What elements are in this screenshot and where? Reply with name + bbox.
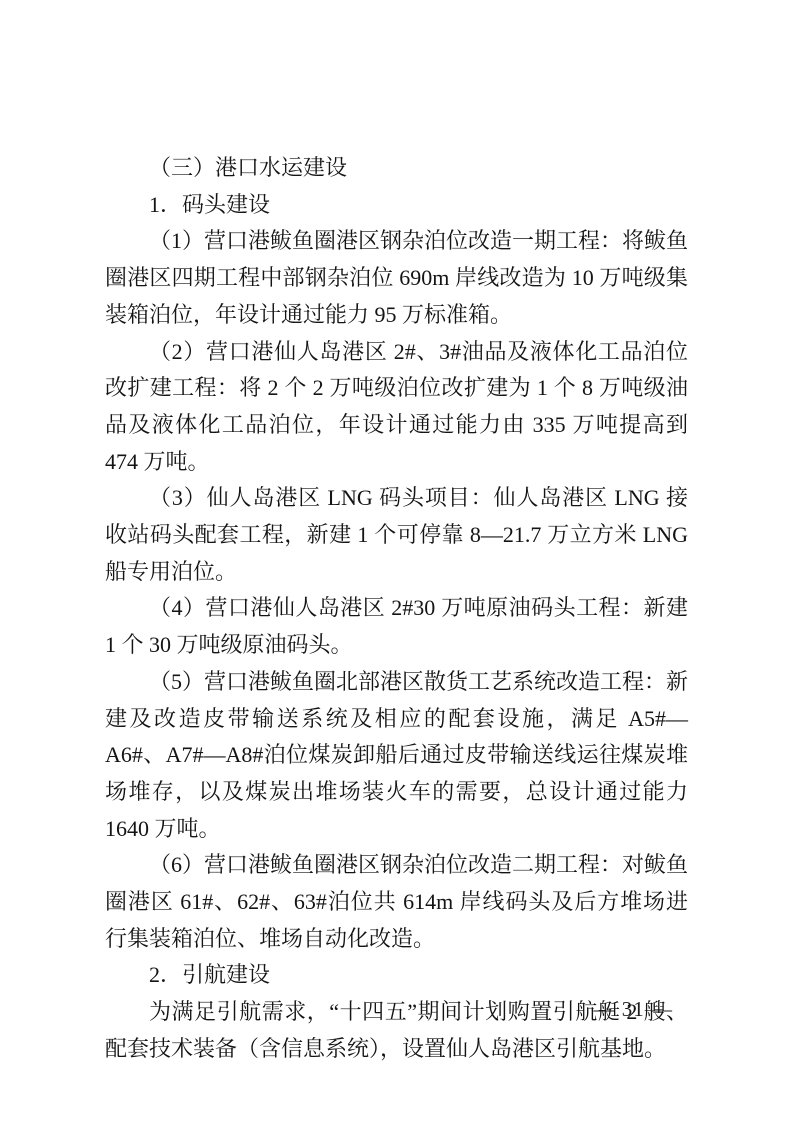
- paragraph-wharf-item-4: （4）营口港仙人岛港区 2#30 万吨原油码头工程：新建 1 个 30 万吨级原…: [105, 590, 688, 663]
- page-number: — 31 —: [594, 995, 674, 1023]
- paragraph-wharf-item-1: （1）营口港鲅鱼圈港区钢杂泊位改造一期工程：将鲅鱼圈港区四期工程中部钢杂泊位 6…: [105, 223, 688, 333]
- paragraph-wharf-item-3: （3）仙人岛港区 LNG 码头项目：仙人岛港区 LNG 接收站码头配套工程，新建…: [105, 480, 688, 590]
- subsection-heading-pilotage-construction: 2．引航建设: [105, 957, 688, 994]
- paragraph-wharf-item-6: （6）营口港鲅鱼圈港区钢杂泊位改造二期工程：对鲅鱼圈港区 61#、62#、63#…: [105, 847, 688, 957]
- subsection-heading-wharf-construction: 1．码头建设: [105, 187, 688, 224]
- section-heading: （三）港口水运建设: [105, 150, 688, 187]
- paragraph-wharf-item-2: （2）营口港仙人岛港区 2#、3#油品及液体化工品泊位改扩建工程：将 2 个 2…: [105, 334, 688, 481]
- document-page: （三）港口水运建设 1．码头建设 （1）营口港鲅鱼圈港区钢杂泊位改造一期工程：将…: [0, 0, 793, 1122]
- paragraph-wharf-item-5: （5）营口港鲅鱼圈北部港区散货工艺系统改造工程：新建及改造皮带输送系统及相应的配…: [105, 664, 688, 848]
